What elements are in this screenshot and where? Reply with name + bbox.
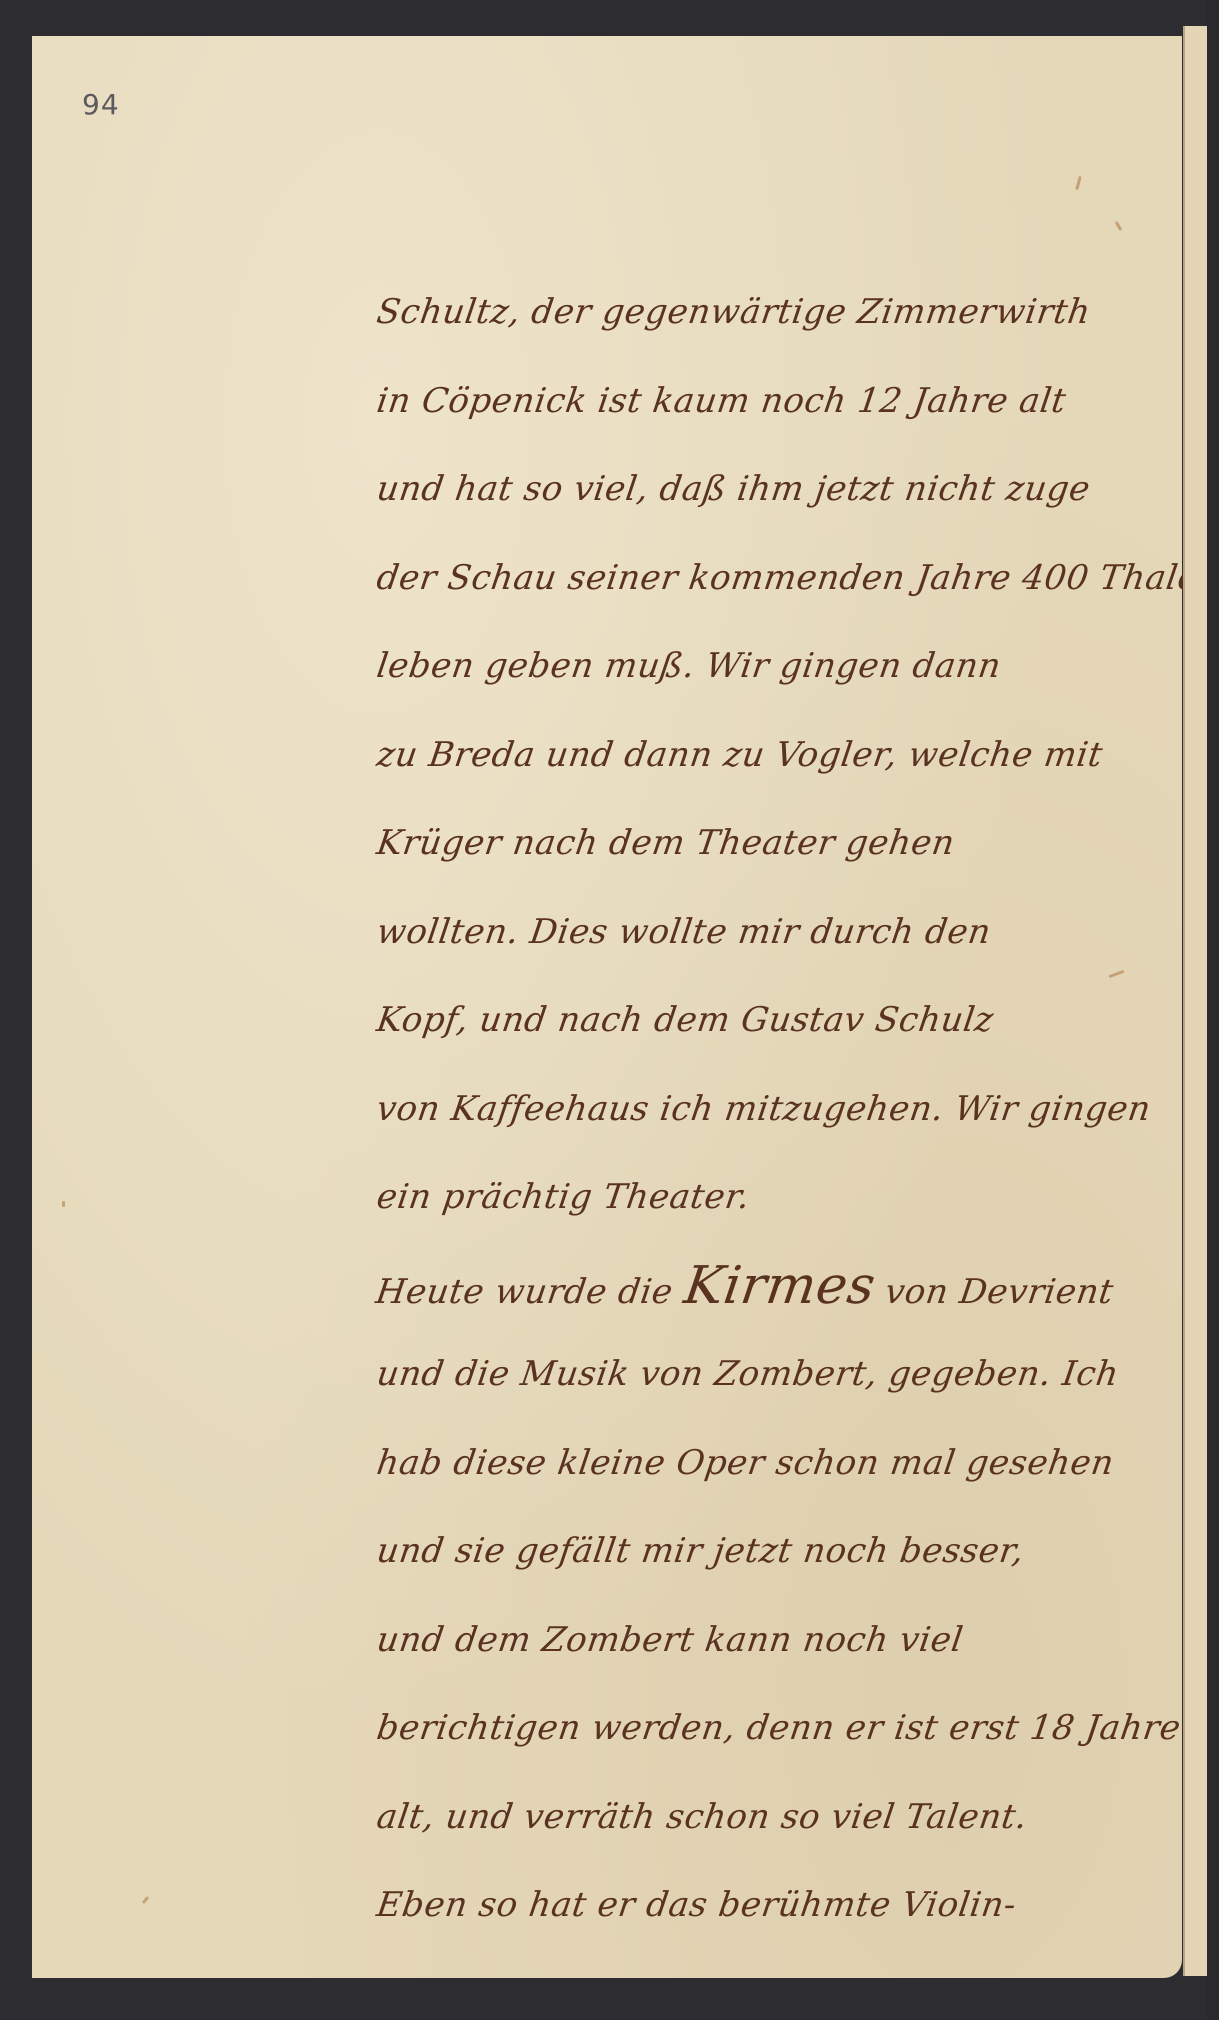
text-line: von Kaffeehaus ich mitzugehen. Wir ginge… (371, 1065, 1153, 1154)
text-line: wollten. Dies wollte mir durch den (371, 888, 1153, 977)
paper-speck (1075, 176, 1082, 190)
text-line: alt, und verräth schon so viel Talent. (371, 1773, 1153, 1862)
text-line: leben geben muß. Wir gingen dann (371, 622, 1153, 711)
text-line-with-title: Heute wurde die Kirmes von Devrient (371, 1242, 1153, 1331)
text-fragment: von Devrient (871, 1272, 1116, 1312)
opera-title: Kirmes (681, 1256, 880, 1316)
text-line: zu Breda und dann zu Vogler, welche mit (371, 711, 1153, 800)
text-line: und die Musik von Zombert, gegeben. Ich (371, 1330, 1153, 1419)
text-line: hab diese kleine Oper schon mal gesehen (371, 1419, 1153, 1508)
manuscript-page: 94 Schultz, der gegenwärtige Zimmerwirth… (32, 36, 1182, 1978)
text-line: Schultz, der gegenwärtige Zimmerwirth (371, 268, 1153, 357)
paper-speck (142, 1896, 149, 1904)
page-number: 94 (82, 88, 120, 121)
next-page-edge (1183, 26, 1209, 1976)
text-line: berichtigen werden, denn er ist erst 18 … (371, 1684, 1153, 1773)
text-line: der Schau seiner kommenden Jahre 400 Tha… (371, 534, 1153, 623)
text-line: und hat so viel, daß ihm jetzt nicht zug… (371, 445, 1153, 534)
text-fragment: Heute wurde die (373, 1272, 686, 1312)
paper-speck (62, 1201, 65, 1207)
handwritten-text-block: Schultz, der gegenwärtige Zimmerwirth in… (377, 268, 1147, 1950)
text-line: und dem Zombert kann noch viel (371, 1596, 1153, 1685)
text-line: und sie gefällt mir jetzt noch besser, (371, 1507, 1153, 1596)
text-line: ein prächtig Theater. (371, 1153, 1153, 1242)
text-line: Krüger nach dem Theater gehen (371, 799, 1153, 888)
text-line: in Cöpenick ist kaum noch 12 Jahre alt (371, 357, 1153, 446)
text-line: Kopf, und nach dem Gustav Schulz (371, 976, 1153, 1065)
paper-speck (1115, 221, 1123, 231)
scan-border (1207, 0, 1219, 2020)
text-line: Eben so hat er das berühmte Violin- (371, 1861, 1153, 1950)
